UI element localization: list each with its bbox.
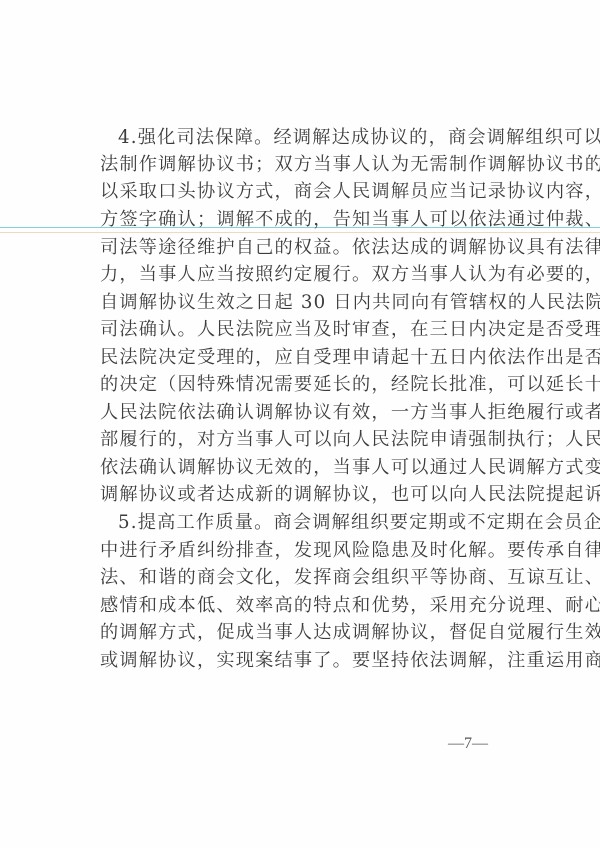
text-line: 感情和成本低、效率高的特点和优势，采用充分说理、耐心疏导 — [100, 595, 524, 617]
text-line: 的调解方式，促成当事人达成调解协议，督促自觉履行生效裁决 — [100, 622, 524, 644]
text-line: 法制作调解协议书；双方当事人认为无需制作调解协议书的，可 — [100, 154, 524, 176]
text-line: 中进行矛盾纠纷排查，发现风险隐患及时化解。要传承自律、守 — [100, 540, 524, 562]
scan-artifact-line — [0, 232, 600, 233]
text-line: 方签字确认；调解不成的，告知当事人可以依法通过仲裁、行政、 — [100, 209, 524, 231]
text-line: 或调解协议，实现案结事了。要坚持依法调解，注重运用商事调 — [100, 650, 524, 672]
text-line: 调解协议或者达成新的调解协议，也可以向人民法院提起诉讼。 — [100, 484, 524, 506]
text-line: 5.提高工作质量。商会调解组织要定期或不定期在会员企业 — [118, 512, 524, 534]
text-line: 力，当事人应当按照约定履行。双方当事人认为有必要的，可以 — [100, 264, 524, 286]
text-line: 部履行的，对方当事人可以向人民法院申请强制执行；人民法院 — [100, 429, 524, 451]
text-line: 司法确认。人民法院应当及时审查，在三日内决定是否受理。人 — [100, 319, 524, 341]
text-line: 的决定（因特殊情况需要延长的，经院长批准，可以延长十日）。 — [100, 374, 524, 396]
text-line: 司法等途径维护自己的权益。依法达成的调解协议具有法律约束 — [100, 237, 524, 259]
text-line: 4.强化司法保障。经调解达成协议的，商会调解组织可以依 — [118, 127, 524, 149]
text-line: 自调解协议生效之日起 30 日内共同向有管辖权的人民法院申请 — [100, 292, 524, 314]
text-line: 民法院决定受理的，应自受理申请起十五日内依法作出是否确认 — [100, 347, 524, 369]
text-line: 法、和谐的商会文化，发挥商会组织平等协商、互谅互让、不伤 — [100, 567, 524, 589]
text-line: 依法确认调解协议无效的，当事人可以通过人民调解方式变更原 — [100, 457, 524, 479]
text-line: 人民法院依法确认调解协议有效，一方当事人拒绝履行或者未全 — [100, 402, 524, 424]
text-line: 以采取口头协议方式，商会人民调解员应当记录协议内容，由双 — [100, 181, 524, 203]
page-number: —7— — [448, 735, 488, 753]
document-page: 4.强化司法保障。经调解达成协议的，商会调解组织可以依 法制作调解协议书；双方当… — [0, 0, 600, 848]
